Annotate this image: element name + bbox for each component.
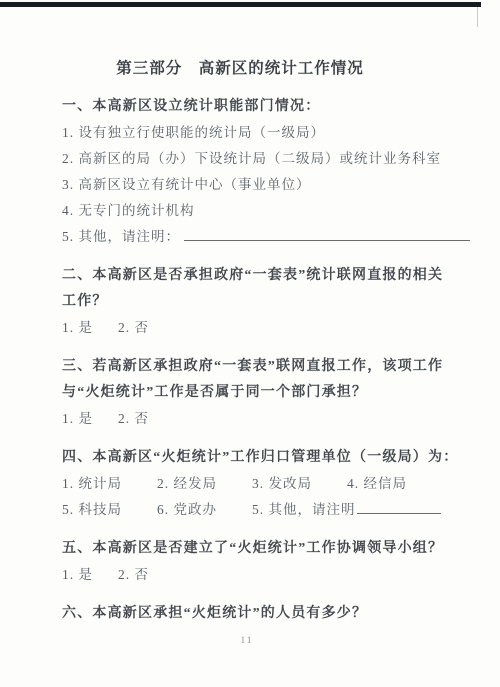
- question-2-option-yes: 1. 是: [62, 315, 118, 341]
- question-5-option-no: 2. 否: [118, 567, 149, 582]
- section-title: 第三部分 高新区的统计工作情况: [0, 56, 480, 78]
- page-number: 11: [0, 635, 494, 645]
- question-3-heading-line2: 与“火炬统计”工作是否属于同一个部门承担？: [62, 380, 440, 406]
- question-1-option-5: 5. 其他，请注明：: [62, 224, 440, 250]
- question-2-options: 1. 是2. 否: [62, 315, 440, 341]
- question-5-options: 1. 是2. 否: [62, 562, 440, 588]
- question-1-option-4: 4. 无专门的统计机构: [62, 198, 440, 224]
- question-3-heading-line1: 三、若高新区承担政府“一套表”联网直报工作，该项工作: [62, 354, 440, 380]
- question-4-option-4: 4. 经信局: [347, 476, 407, 491]
- question-1-heading: 一、本高新区设立统计职能部门情况：: [62, 94, 440, 120]
- question-6: 六、本高新区承担“火炬统计”的人员有多少？: [62, 601, 440, 627]
- question-2-heading-line1: 二、本高新区是否承担政府“一套表”统计联网直报的相关: [62, 263, 440, 289]
- fill-in-blank: [357, 500, 441, 514]
- question-4-heading: 四、本高新区“火炬统计”工作归口管理单位（一级局）为：: [62, 445, 440, 471]
- question-3-option-no: 2. 否: [118, 411, 149, 426]
- question-4-option-6: 6. 党政办: [157, 497, 252, 523]
- question-4-option-5: 5. 科技局: [62, 497, 157, 523]
- question-4: 四、本高新区“火炬统计”工作归口管理单位（一级局）为： 1. 统计局2. 经发局…: [62, 445, 440, 523]
- question-2-option-no: 2. 否: [118, 320, 149, 335]
- question-4-option-3: 3. 发改局: [252, 471, 347, 497]
- question-4-options-row2: 5. 科技局6. 党政办5. 其他，请注明: [62, 497, 440, 523]
- question-2: 二、本高新区是否承担政府“一套表”统计联网直报的相关 工作？ 1. 是2. 否: [62, 263, 440, 341]
- question-5-option-yes: 1. 是: [62, 562, 118, 588]
- question-4-other-label: 5. 其他，请注明: [252, 502, 356, 517]
- fill-in-blank: [184, 227, 470, 241]
- question-6-heading: 六、本高新区承担“火炬统计”的人员有多少？: [62, 601, 440, 627]
- scan-artifact-page-edge: [477, 7, 478, 27]
- questionnaire-body: 一、本高新区设立统计职能部门情况： 1. 设有独立行使职能的统计局（一级局） 2…: [62, 94, 440, 627]
- question-1: 一、本高新区设立统计职能部门情况： 1. 设有独立行使职能的统计局（一级局） 2…: [62, 94, 440, 250]
- question-1-option-1: 1. 设有独立行使职能的统计局（一级局）: [62, 120, 440, 146]
- question-4-option-1: 1. 统计局: [62, 471, 157, 497]
- question-2-heading-line2: 工作？: [62, 289, 440, 315]
- question-4-option-2: 2. 经发局: [157, 471, 252, 497]
- question-1-other-label: 5. 其他，请注明：: [62, 229, 180, 244]
- scanned-document-page: 第三部分 高新区的统计工作情况 一、本高新区设立统计职能部门情况： 1. 设有独…: [0, 0, 500, 687]
- question-3-option-yes: 1. 是: [62, 406, 118, 432]
- question-5: 五、本高新区是否建立了“火炬统计”工作协调领导小组？ 1. 是2. 否: [62, 536, 440, 588]
- question-1-option-2: 2. 高新区的局（办）下设统计局（二级局）或统计业务科室: [62, 146, 440, 172]
- question-3-options: 1. 是2. 否: [62, 406, 440, 432]
- scan-artifact-top-bar: [0, 2, 481, 7]
- question-3: 三、若高新区承担政府“一套表”联网直报工作，该项工作 与“火炬统计”工作是否属于…: [62, 354, 440, 432]
- question-1-option-3: 3. 高新区设立有统计中心（事业单位）: [62, 172, 440, 198]
- question-4-options-row1: 1. 统计局2. 经发局3. 发改局4. 经信局: [62, 471, 440, 497]
- question-5-heading: 五、本高新区是否建立了“火炬统计”工作协调领导小组？: [62, 536, 440, 562]
